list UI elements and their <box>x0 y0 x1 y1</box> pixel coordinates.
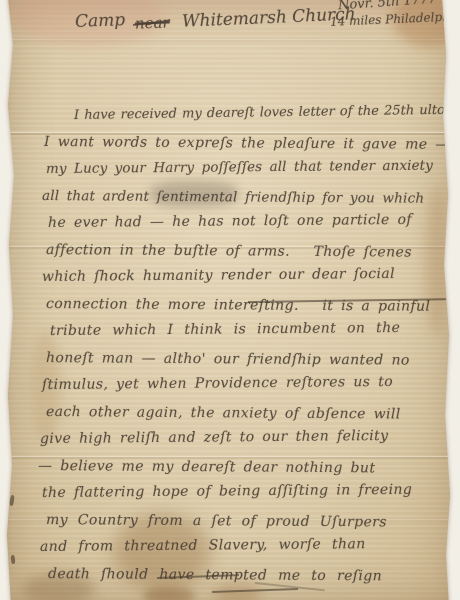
letter-line: which ſhock humanity render our dear ſoc… <box>42 260 450 291</box>
letter-line: and from threatned Slavery, worſe than <box>40 530 450 561</box>
letter-line: death ſhould have tempted me to reſign <box>48 561 450 591</box>
letter-line: I have received my deareſt loves letter … <box>74 97 450 129</box>
edge-speck <box>11 555 16 564</box>
letter-body: I have received my deareſt loves letter … <box>38 102 450 588</box>
letter-line: the flattering hope of being aſſiſting i… <box>42 476 450 507</box>
letter-line: he ever had — he has not loſt one partic… <box>48 206 450 237</box>
edge-speck <box>9 495 14 506</box>
letter-photo: Camp near Whitemarsh Church Novr. 5th 17… <box>0 0 460 600</box>
letter-line: give high reliſh and zeſt to our then fe… <box>40 422 450 453</box>
letter-line: ſtimulus, yet when Providence reſtores u… <box>42 368 450 399</box>
letter-paper: Camp near Whitemarsh Church Novr. 5th 17… <box>5 0 455 600</box>
letter-line: tribute which I think is incumbent on th… <box>50 315 450 345</box>
letter-line: my Lucy your Harry poſſeſſes all that te… <box>46 152 450 183</box>
paper-wrap: Camp near Whitemarsh Church Novr. 5th 17… <box>0 0 460 600</box>
header-struck-word: near <box>135 13 170 32</box>
header-camp: Camp <box>75 10 126 32</box>
